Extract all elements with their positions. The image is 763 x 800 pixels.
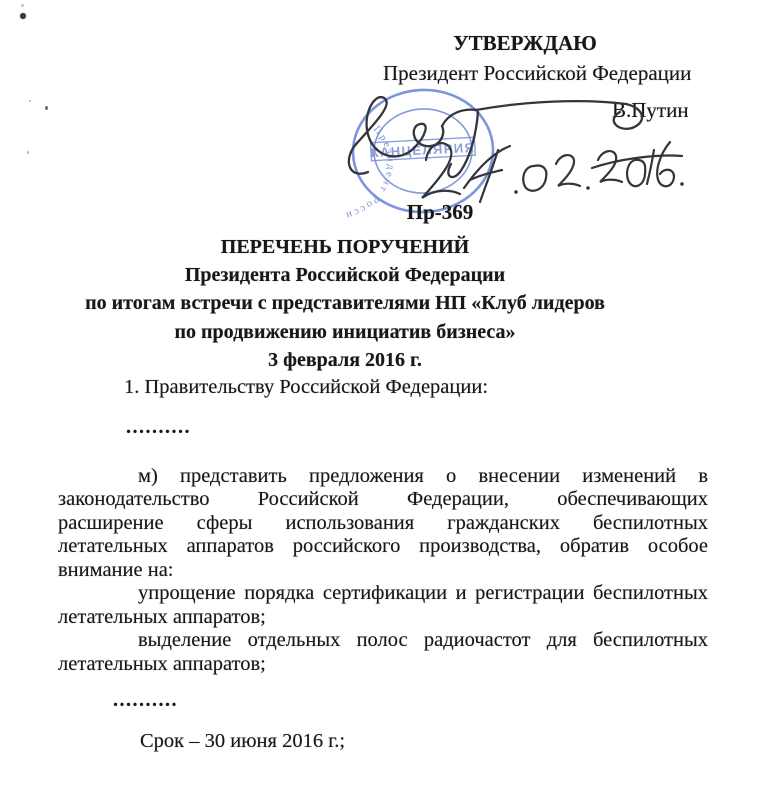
- directive-line: законодательство Российской Федерации, о…: [58, 488, 708, 511]
- signature-scribble: [330, 84, 690, 216]
- ellipsis-omitted-text: ..........: [126, 416, 191, 439]
- doc-title: ПЕРЕЧЕНЬ ПОРУЧЕНИЙ Президента Российской…: [30, 233, 660, 374]
- doc-title-line: Президента Российской Федерации: [30, 261, 660, 289]
- directive-line: выделение отдельных полос радиочастот дл…: [58, 629, 708, 652]
- directive-line: упрощение порядка сертификации и регистр…: [58, 582, 708, 605]
- list-item-1: 1. Правительству Российской Федерации:: [124, 376, 488, 399]
- doc-title-line: по итогам встречи с представителями НП «…: [30, 289, 660, 317]
- directive-line: внимание на:: [58, 559, 708, 582]
- doc-title-line: по продвижению инициатив бизнеса»: [30, 318, 660, 346]
- scan-speck: [27, 151, 29, 154]
- scan-speck: [21, 4, 24, 7]
- scan-speck: [20, 13, 26, 19]
- scan-speck: [29, 100, 31, 102]
- directive-line: летательных аппаратов;: [58, 653, 708, 676]
- doc-title-line: ПЕРЕЧЕНЬ ПОРУЧЕНИЙ: [30, 233, 660, 261]
- ellipsis-omitted-text: ..........: [113, 689, 178, 712]
- directive-paragraph: м) представить предложения о внесении из…: [58, 465, 708, 676]
- deadline-text: Срок – 30 июня 2016 г.;: [140, 730, 345, 753]
- approve-label: УТВЕРЖДАЮ: [440, 31, 610, 56]
- approver-title: Президент Российской Федерации: [383, 61, 691, 86]
- directive-line: летательных аппаратов российского произв…: [58, 535, 708, 558]
- directive-line: м) представить предложения о внесении из…: [58, 465, 708, 488]
- scan-speck: [45, 106, 48, 110]
- document-page: УТВЕРЖДАЮ Президент Российской Федерации…: [0, 0, 763, 800]
- doc-number: Пр-369: [365, 200, 515, 225]
- directive-line: летательных аппаратов;: [58, 606, 708, 629]
- doc-title-line: 3 февраля 2016 г.: [30, 346, 660, 374]
- directive-line: расширение сферы использования гражданск…: [58, 512, 708, 535]
